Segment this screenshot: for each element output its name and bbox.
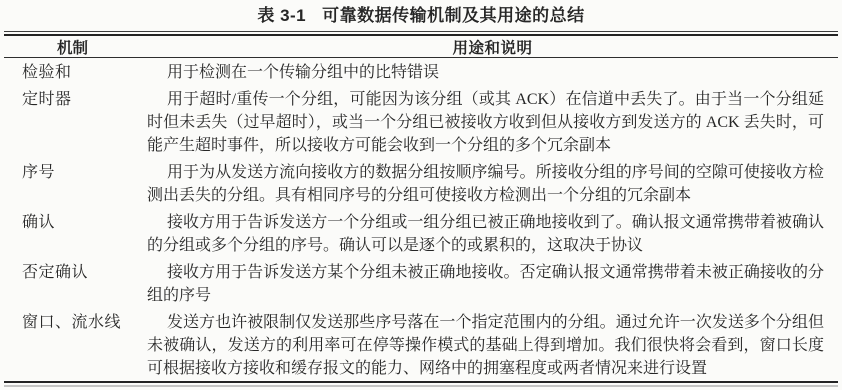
table-title: 可靠数据传输机制及其用途的总结 — [322, 6, 585, 25]
table-row: 序号 用于为从发送方流向接收方的数据分组按顺序编号。所接收分组的序号间的空隙可使… — [4, 161, 838, 207]
table-caption: 表 3-1可靠数据传输机制及其用途的总结 — [0, 0, 842, 27]
mechanism-cell: 检验和 — [4, 61, 147, 84]
mechanism-cell: 序号 — [4, 161, 147, 207]
table-row: 确认 接收方用于告诉发送方一个分组或一组分组已被正确地接收到了。确认报文通常携带… — [4, 211, 838, 257]
mechanism-cell: 窗口、流水线 — [4, 311, 147, 380]
table-body: 检验和 用于检测在一个传输分组中的比特错误 定时器 用于超时/重传一个分组，可能… — [4, 58, 838, 380]
description-cell: 发送方也许被限制仅发送那些序号落在一个指定范围内的分组。通过允许一次发送多个分组… — [147, 311, 838, 380]
table-row: 检验和 用于检测在一个传输分组中的比特错误 — [4, 61, 838, 84]
column-header-mechanism: 机制 — [4, 36, 147, 58]
table-header-row: 机制 用途和说明 — [4, 36, 838, 57]
scanned-book-page: 表 3-1可靠数据传输机制及其用途的总结 机制 用途和说明 检验和 用于检测在一… — [0, 0, 842, 390]
description-cell: 接收方用于告诉发送方某个分组未被正确地接收。否定确认报文通常携带着未被正确接收的… — [147, 261, 838, 307]
table-bottom-rule — [4, 381, 838, 387]
column-header-usage: 用途和说明 — [147, 36, 838, 58]
description-cell: 用于检测在一个传输分组中的比特错误 — [147, 61, 838, 84]
mechanism-cell: 确认 — [4, 211, 147, 257]
table-number-label: 表 3-1 — [257, 6, 306, 25]
mechanism-cell: 否定确认 — [4, 261, 147, 307]
mechanism-cell: 定时器 — [4, 88, 147, 157]
description-cell: 用于超时/重传一个分组，可能因为该分组（或其 ACK）在信道中丢失了。由于当一个… — [147, 88, 838, 157]
summary-table: 机制 用途和说明 检验和 用于检测在一个传输分组中的比特错误 定时器 用于超时/… — [4, 31, 838, 387]
description-cell: 接收方用于告诉发送方一个分组或一组分组已被正确地接收到了。确认报文通常携带着被确… — [147, 211, 838, 257]
table-row: 定时器 用于超时/重传一个分组，可能因为该分组（或其 ACK）在信道中丢失了。由… — [4, 88, 838, 157]
table-row: 窗口、流水线 发送方也许被限制仅发送那些序号落在一个指定范围内的分组。通过允许一… — [4, 311, 838, 380]
description-cell: 用于为从发送方流向接收方的数据分组按顺序编号。所接收分组的序号间的空隙可使接收方… — [147, 161, 838, 207]
table-row: 否定确认 接收方用于告诉发送方某个分组未被正确地接收。否定确认报文通常携带着未被… — [4, 261, 838, 307]
